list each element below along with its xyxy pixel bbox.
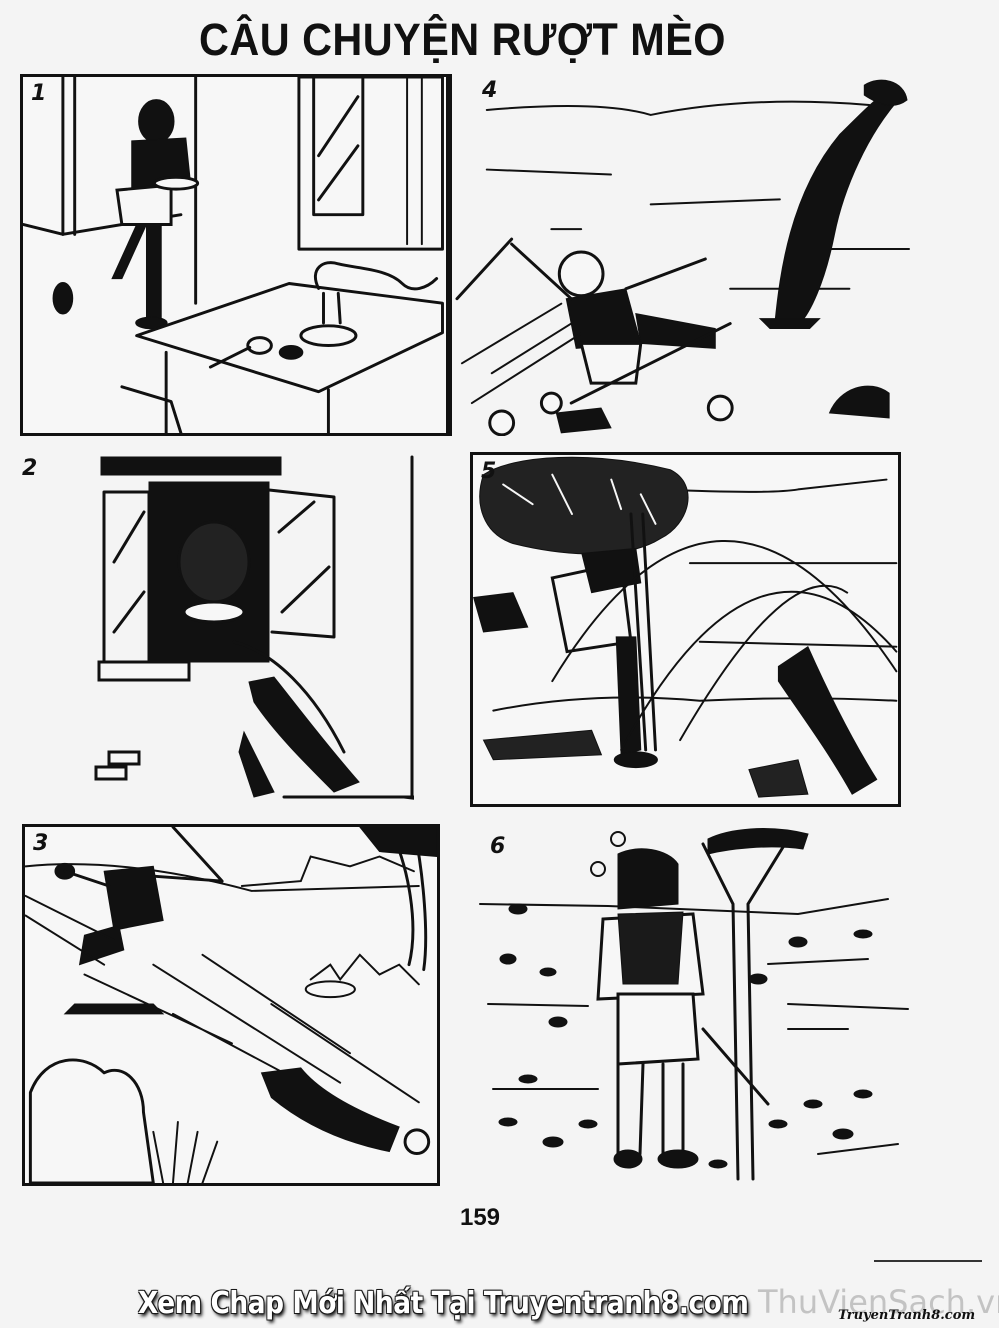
- divider: [874, 1260, 982, 1262]
- watermark-small: TruyenTranh8.com: [838, 1308, 975, 1323]
- panel-3-illustration: [25, 827, 437, 1183]
- panel-number: 3: [33, 831, 48, 856]
- panel-4-illustration: [452, 74, 910, 436]
- comic-panel-3: 3: [22, 824, 440, 1186]
- comic-panel-6: 6: [468, 824, 920, 1186]
- watermark-banner: Xem Chap Mới Nhất Tại Truyentranh8.com: [138, 1286, 748, 1321]
- panel-2-illustration: [14, 452, 414, 804]
- page-number: 159: [0, 1204, 960, 1232]
- panel-number: 4: [482, 78, 497, 103]
- page-title: CÂU CHUYỆN RƯỢT MÈO: [37, 14, 888, 66]
- comic-panel-5: 5: [470, 452, 901, 807]
- panel-number: 6: [490, 834, 505, 859]
- panel-5-illustration: [473, 455, 898, 804]
- panel-1-illustration: [23, 77, 446, 433]
- comic-panel-2: 2: [14, 452, 414, 804]
- comic-panel-1: 1: [20, 74, 449, 436]
- panel-number: 5: [481, 459, 496, 484]
- panel-6-illustration: [468, 824, 920, 1186]
- comic-panel-4: 4: [449, 74, 910, 436]
- panel-number: 1: [31, 81, 46, 106]
- panel-number: 2: [22, 456, 37, 481]
